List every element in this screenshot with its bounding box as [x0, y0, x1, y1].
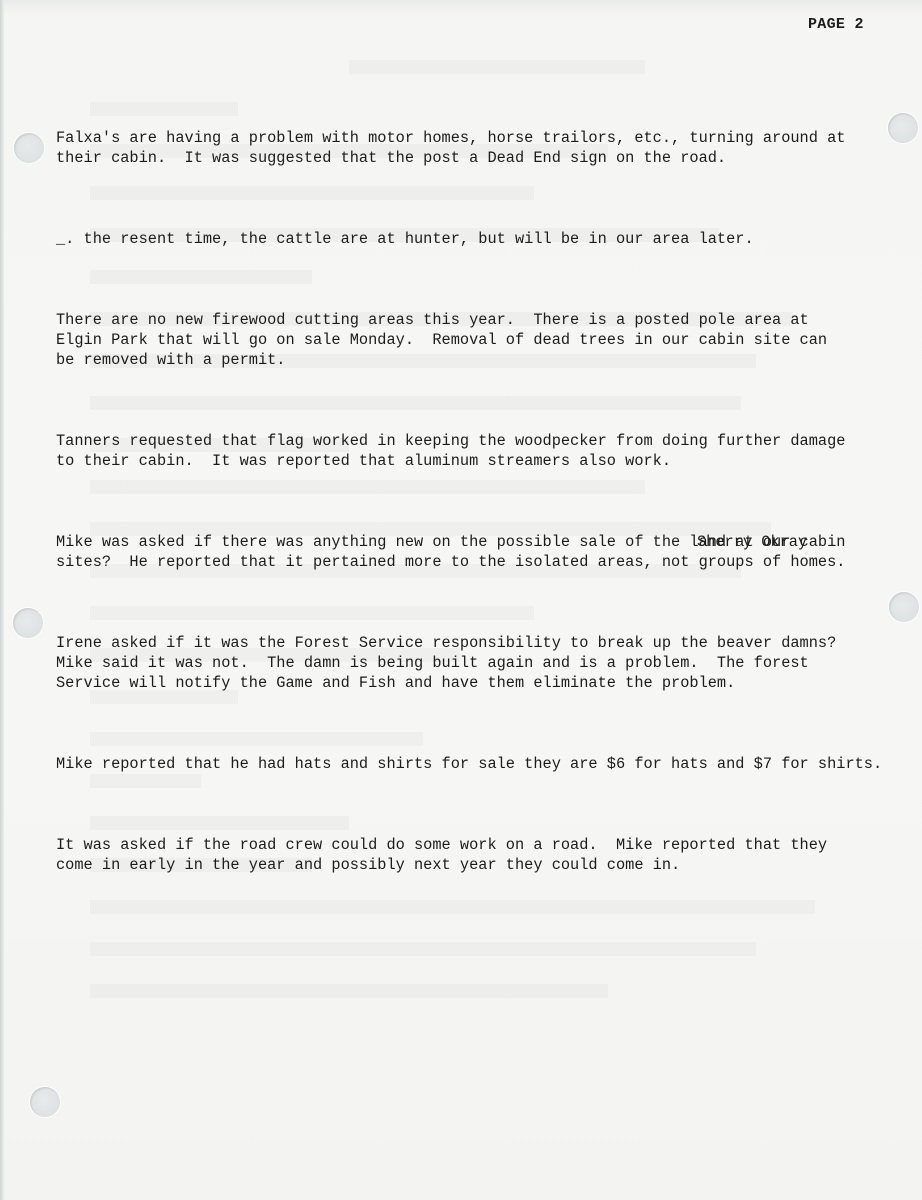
paragraph-firewood: There are no new firewood cutting areas … [56, 310, 916, 370]
paragraph-road-crew: It was asked if the road crew could do s… [56, 835, 916, 875]
paragraph-motor-homes: Falxa's are having a problem with motor … [56, 128, 916, 168]
document-page: PAGE 2 Falxa's are having a problem with… [0, 0, 922, 1200]
paragraph-beaver-dams: Irene asked if it was the Forest Service… [56, 633, 916, 693]
punch-hole-middle-left [13, 608, 43, 638]
paragraph-hats-shirts: Mike reported that he had hats and shirt… [56, 754, 916, 774]
punch-hole-bottom-left [30, 1087, 60, 1117]
punch-hole-top-left [14, 133, 44, 163]
paragraph-woodpecker: Tanners requested that flag worked in ke… [56, 431, 916, 471]
minutes-body: Falxa's are having a problem with motor … [56, 88, 916, 936]
page-number: PAGE 2 [808, 16, 864, 33]
page-left-edge [0, 0, 4, 1200]
signature: Sherry Okray [697, 533, 807, 551]
paragraph-cattle: _. the resent time, the cattle are at hu… [56, 229, 916, 249]
